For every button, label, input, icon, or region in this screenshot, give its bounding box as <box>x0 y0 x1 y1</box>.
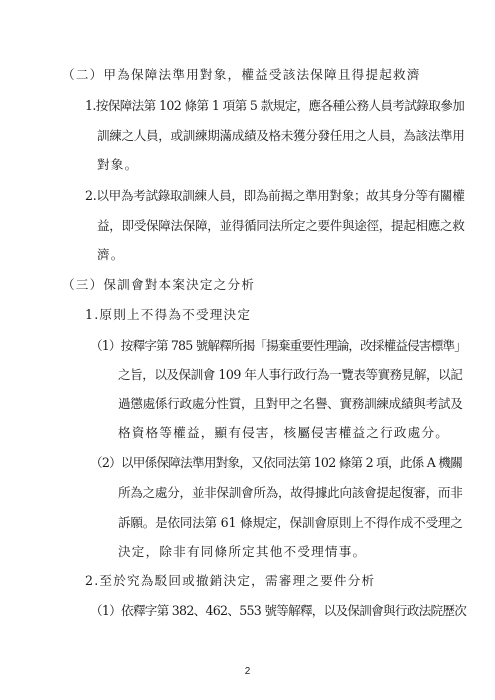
text-line: 2.至於究為駁回或撤銷決定，需審理之要件分析 <box>85 573 375 589</box>
text-line: （1）依釋字第 382、462、553 號等解釋，以及保訓會與行政法院歷次 <box>90 603 466 619</box>
text-line: 所為之處分，並非保訓會所為，故得據此向該會提起復審，而非 <box>118 485 463 501</box>
text-line: 過懲處係行政處分性質，且對甲之名譽、實務訓練成績與考試及 <box>118 396 463 412</box>
text-line: 益，即受保障法保障，並得循同法所定之要件與途徑，提起相應之救 <box>97 218 464 234</box>
page-number: 2 <box>0 666 495 677</box>
text-line: （三）保訓會對本案決定之分析 <box>62 277 255 293</box>
text-line: 訓練之人員，或訓練期滿成績及格未獲分發任用之人員，為該法準用 <box>97 128 464 144</box>
text-line: 決定，除非有同條所定其他不受理情事。 <box>118 544 366 560</box>
text-line: 訴願。是依同法第 61 條規定，保訓會原則上不得作成不受理之 <box>118 515 463 531</box>
text-line: 對象。 <box>97 157 138 173</box>
text-line: （1）按釋字第 785 號解釋所揭「揚棄重要性理論，改採權益侵害標準」 <box>90 338 466 354</box>
text-line: （2）以甲係保障法準用對象，又依同法第 102 條第 2 項，此係 A 機關 <box>90 455 462 471</box>
text-line: （二）甲為保障法準用對象，權益受該法保障且得提起救濟 <box>62 67 421 83</box>
text-line: 濟。 <box>97 247 125 263</box>
text-line: 格資格等權益，顯有侵害，核屬侵害權益之行政處分。 <box>118 425 449 441</box>
text-line: 1.按保障法第 102 條第 1 項第 5 款規定，應各種公務人員考試錄取參加 <box>85 98 464 114</box>
text-line: 2.以甲為考試錄取訓練人員，即為前揭之準用對象；故其身分等有關權 <box>85 188 464 204</box>
text-line: 1.原則上不得為不受理決定 <box>85 307 251 323</box>
text-line: 之旨，以及保訓會 109 年人事行政行為一覽表等實務見解，以記 <box>118 367 462 383</box>
